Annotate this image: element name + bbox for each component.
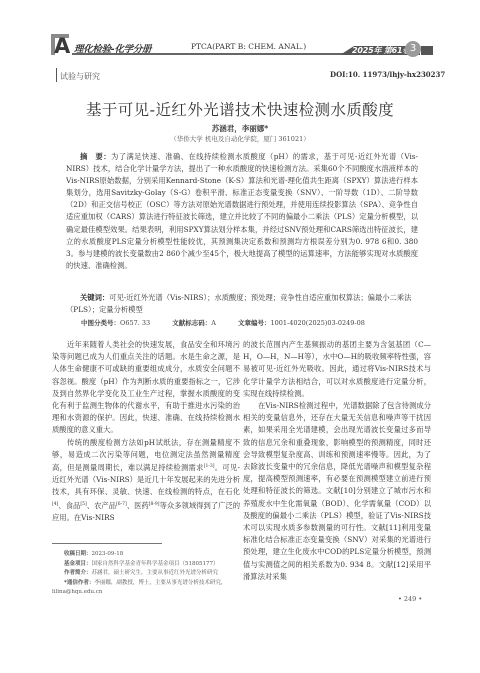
abstract: 摘 要：为了满足快速、准确、在线持续检测水质酸度（pH）的需求，基于可见-近红外… bbox=[66, 151, 418, 272]
body-paragraph: 传统的酸度检测方法如pH试纸法，存在测量精度不够，易造成二次污染等问题，电位测定… bbox=[52, 437, 240, 524]
body-paragraph: 近年来随着人类社会的快速发展，食品安全和环境污染等问题已成为人们重点关注的话题。… bbox=[52, 339, 240, 437]
footnote-author: 作者简介：苏涵君，硕士研究生，主要从事近红外光谱分析研究 bbox=[52, 569, 240, 579]
section-tag: 试验与研究 bbox=[56, 68, 100, 82]
body-column-left: 近年来随着人类社会的快速发展，食品安全和环境污染等问题已成为人们重点关注的话题。… bbox=[52, 339, 240, 524]
body-paragraph: 在Vis-NIRS检测过程中，光谱数据除了包含待测成分相关的变量信息外，还存在大… bbox=[243, 400, 431, 583]
keywords: 关键词：可见-近红外光谱（Vis-NIRS）；水质酸度；预处理；竞争性自适应重加… bbox=[66, 292, 418, 316]
clc-value: O657. 33 bbox=[120, 319, 150, 327]
citation: [1-3] bbox=[204, 464, 215, 469]
footnote-fund: 基金项目：国家自然科学基金青年科学基金项目（51805177） bbox=[52, 560, 240, 570]
authors: 苏涵君，李丽娜* bbox=[0, 123, 480, 134]
text-run: 、食品 bbox=[58, 501, 80, 510]
citation: [6-7] bbox=[116, 502, 127, 507]
journal-header: A 理化检验-化学分册 PTCA(PART B: CHEM. ANAL.) 20… bbox=[50, 33, 430, 57]
article-no-label: 文章编号： bbox=[238, 319, 271, 327]
body-paragraph: 的波长范围内产生基频振动的基团主要为含氢基团（C—H，O—H，N—H等），水中O… bbox=[243, 339, 431, 400]
issue-band-end bbox=[421, 46, 433, 55]
footnotes: 收稿日期：2023-09-18 基金项目：国家自然科学基金青年科学基金项目（51… bbox=[52, 550, 240, 598]
page-number: • 249 • bbox=[398, 595, 422, 603]
footnote-label: 作者简介： bbox=[64, 570, 92, 576]
issue-label: 2025年 第61卷 bbox=[352, 45, 410, 56]
footnote-label: 基金项目： bbox=[64, 561, 92, 567]
body-column-right: 的波长范围内产生基频振动的基团主要为含氢基团（C—H，O—H，N—H等），水中O… bbox=[243, 339, 431, 583]
paper-title: 基于可见-近红外光谱技术快速检测水质酸度 bbox=[0, 98, 480, 120]
footnote-value: 2023-09-18 bbox=[92, 551, 124, 557]
citation: [8-9] bbox=[149, 502, 160, 507]
abstract-text: 为了满足快速、准确、在线持续检测水质酸度（pH）的需求，基于可见-近红外光谱（V… bbox=[66, 152, 418, 270]
doc-code-label: 文献标志码： bbox=[172, 319, 211, 327]
footnote-value: 国家自然科学基金青年科学基金项目（51805177） bbox=[92, 561, 219, 567]
journal-name-en: PTCA(PART B: CHEM. ANAL.) bbox=[191, 42, 306, 51]
issue-number-badge: 3 bbox=[405, 41, 421, 57]
footnote-value: 苏涵君，硕士研究生，主要从事近红外光谱分析研究 bbox=[92, 570, 219, 576]
keywords-label: 关键词： bbox=[80, 293, 109, 302]
footnote-received: 收稿日期：2023-09-18 bbox=[52, 550, 240, 560]
footnote-label: *通信作者： bbox=[64, 580, 94, 586]
journal-logo-icon: A bbox=[50, 33, 72, 57]
doi: DOI:10. 11973/lhjy-hx230237 bbox=[330, 70, 445, 79]
clc-label: 中图分类号： bbox=[81, 319, 120, 327]
classification-line: 中图分类号：O657. 33 文献标志码：A 文章编号：1001-4020(20… bbox=[81, 318, 365, 327]
text-run: 、农产品 bbox=[87, 501, 116, 510]
logo-letter: A bbox=[54, 35, 70, 57]
affiliation: （华侨大学 机电及自动化学院，厦门 361021） bbox=[0, 134, 480, 143]
footnote-corresponding: *通信作者：李丽娜，副教授，博士，主要从事光谱分析技术研究，lilina@hqu… bbox=[52, 579, 240, 598]
abstract-label: 摘 要： bbox=[80, 152, 111, 161]
footnote-label: 收稿日期： bbox=[64, 551, 92, 557]
footnote-divider bbox=[52, 543, 162, 544]
text-run: 、医药 bbox=[127, 501, 149, 510]
article-no-value: 1001-4020(2025)03-0249-08 bbox=[271, 319, 365, 327]
keywords-text: 可见-近红外光谱（Vis-NIRS）；水质酸度；预处理；竞争性自适应重加权算法；… bbox=[66, 293, 411, 314]
doc-code-value: A bbox=[211, 319, 216, 327]
